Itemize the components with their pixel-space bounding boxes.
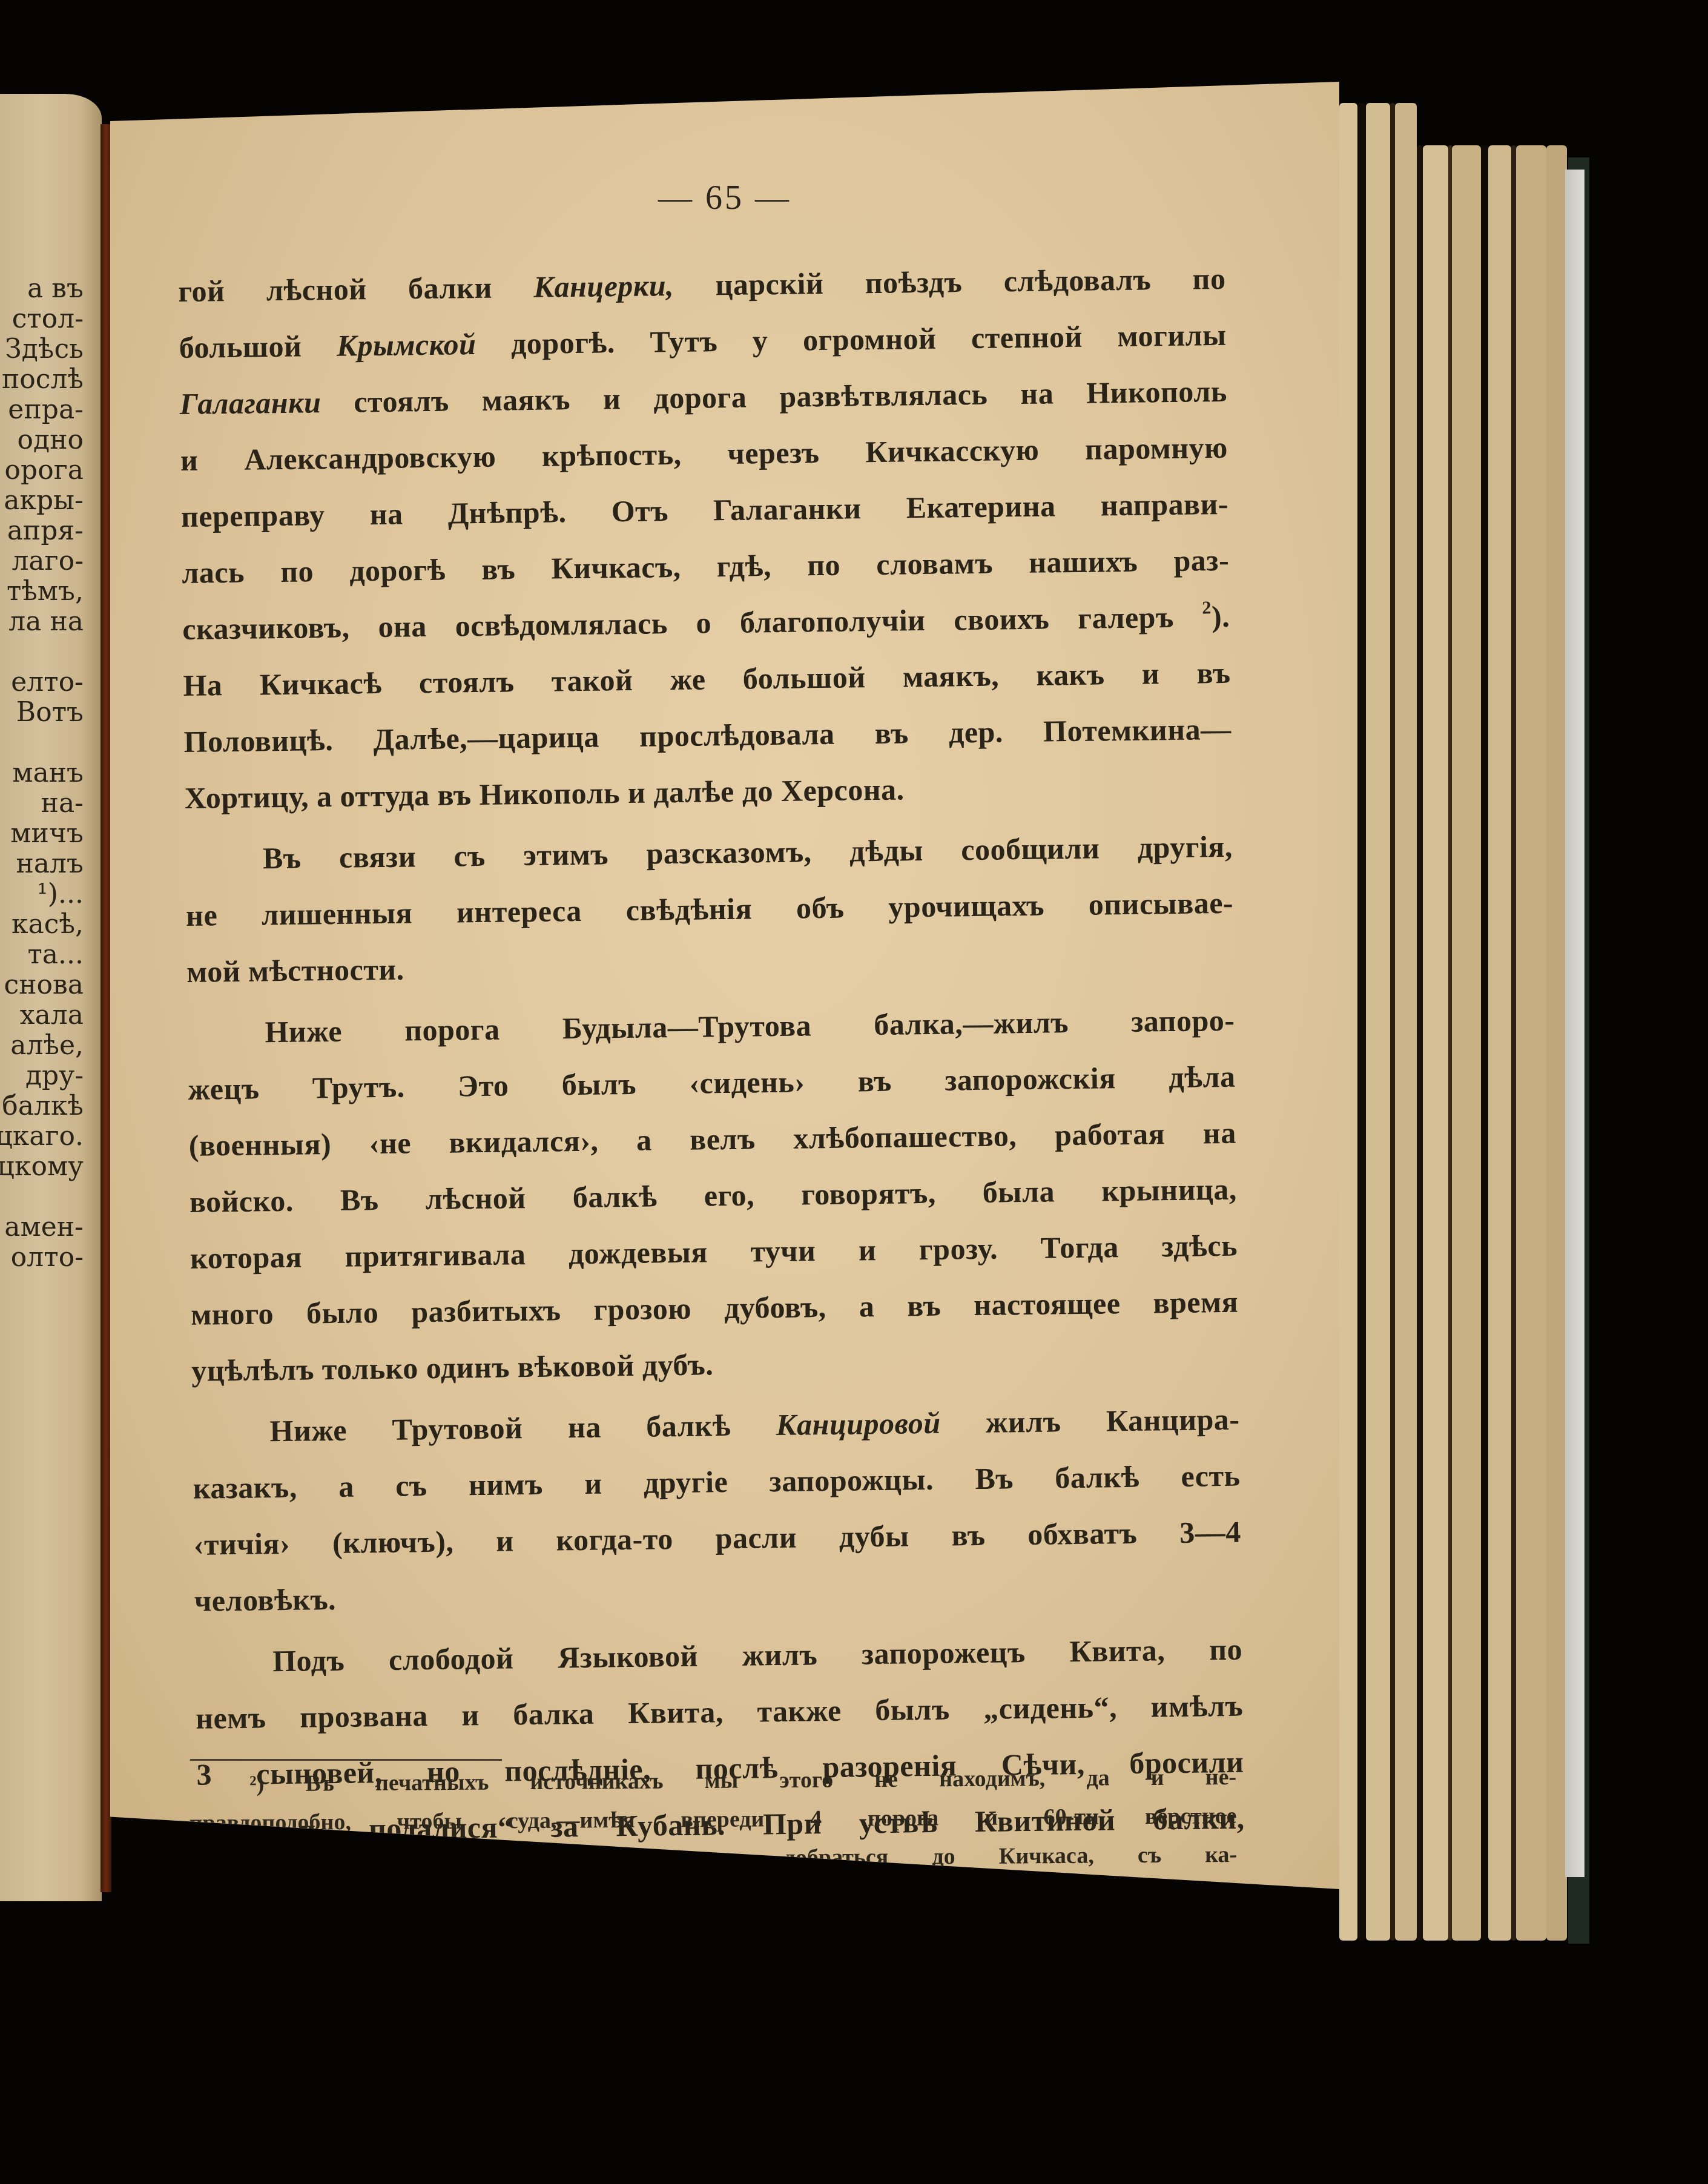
left-page-line: хала (0, 1002, 84, 1032)
left-page-line: цкому (0, 1153, 84, 1184)
page-edge (1366, 103, 1390, 1941)
left-page-line: дру- (0, 1063, 84, 1093)
left-page-line: балкѣ (0, 1093, 84, 1123)
left-page-line: касѣ, (0, 911, 84, 942)
text-line: мой мѣстности. (186, 931, 1235, 1000)
footnote: ²) Въ печатныхъ источникахъ мы этого не … (189, 1758, 1238, 1959)
left-page-line: одно (0, 427, 84, 457)
left-page-line: тѣмъ, (0, 578, 84, 609)
left-page-line: лаго- (0, 548, 84, 578)
left-page-line: мичъ (0, 820, 84, 851)
page-edge (1481, 145, 1488, 1941)
left-page-line: апря- (0, 518, 84, 548)
left-page-line: та... (0, 942, 84, 972)
left-page-line: олто- (0, 1244, 84, 1275)
left-page-line: ла на (0, 609, 84, 639)
page-stack-edges (1339, 91, 1581, 1941)
left-page-line: епра- (0, 397, 84, 427)
text-line: уцѣлѣлъ только одинъ вѣковой дубъ. (191, 1330, 1239, 1399)
left-page-line: манъ (0, 760, 84, 790)
right-page: — 65 — гой лѣсной балки Канцерки, царскі… (110, 82, 1339, 1889)
author-signature: Я. Н. (1030, 1932, 1095, 1967)
page-edge (1546, 145, 1567, 1941)
left-page-line: орога (0, 457, 84, 487)
left-page-line: стол- (0, 306, 84, 336)
left-page-line (0, 639, 84, 669)
left-page-line: послѣ (0, 366, 84, 397)
page-edge (1339, 103, 1357, 1941)
page-edge (1516, 145, 1546, 1941)
italic-place-name: Галаганки (179, 385, 321, 421)
page-number: — 65 — (110, 179, 1339, 217)
book-gutter (101, 124, 111, 1892)
italic-place-name: Канцерки, (533, 268, 674, 304)
page-edge (1395, 103, 1417, 1941)
italic-place-name: Канцировой (776, 1406, 940, 1442)
italic-place-name: Крымской (337, 327, 476, 363)
endpaper-edge (1565, 170, 1584, 1877)
left-page-line: а въ (0, 275, 84, 306)
body-text: гой лѣсной балки Канцерки, царскій поѣзд… (178, 251, 1245, 1859)
left-page-line: на- (0, 790, 84, 820)
left-page-line: ¹)... (0, 881, 84, 911)
left-page-line: елто- (0, 669, 84, 699)
footnote-line: ²) Въ печатныхъ источникахъ мы этого не … (189, 1758, 1236, 1804)
page-edge (1423, 145, 1448, 1941)
page-edge (1390, 103, 1395, 1941)
text-line: Хортицу, а оттуда въ Никополь и далѣе до… (184, 757, 1232, 826)
left-page-line: цкаго. (0, 1123, 84, 1153)
left-page-line: акры- (0, 487, 84, 518)
page-edge (1417, 145, 1423, 1941)
left-page-line: Здѣсь (0, 336, 84, 366)
left-page-text-fragments: а въстол-Здѣсьпослѣепра-одноорогаакры-ап… (0, 275, 84, 1275)
left-page-line: алѣе, (0, 1032, 84, 1063)
page-edge (1452, 145, 1481, 1941)
footnote-line: правдоподобно, чтобы суда,—имѣя впереди … (189, 1796, 1236, 1843)
left-page-line (0, 730, 84, 760)
left-page-line: Вотъ (0, 699, 84, 730)
footnote-line: разстояніе, могли съ такой быстротою доб… (190, 1835, 1237, 1881)
footnote-divider (190, 1759, 502, 1761)
left-page-line: амен- (0, 1214, 84, 1244)
left-page-line: снова (0, 972, 84, 1002)
page-edge (1511, 145, 1516, 1941)
footnote-line: лошадяхъ. (190, 1913, 1238, 1959)
left-page-line: налъ (0, 851, 84, 881)
footnote-line: кою, по болѣе прямому пути, возможно был… (190, 1874, 1237, 1920)
page-edge (1488, 145, 1511, 1941)
left-page-fragment: а въстол-Здѣсьпослѣепра-одноорогаакры-ап… (0, 94, 102, 1901)
footnote-reference: 2 (1202, 598, 1212, 618)
page-edge (1357, 103, 1366, 1941)
left-page-line (0, 1184, 84, 1214)
